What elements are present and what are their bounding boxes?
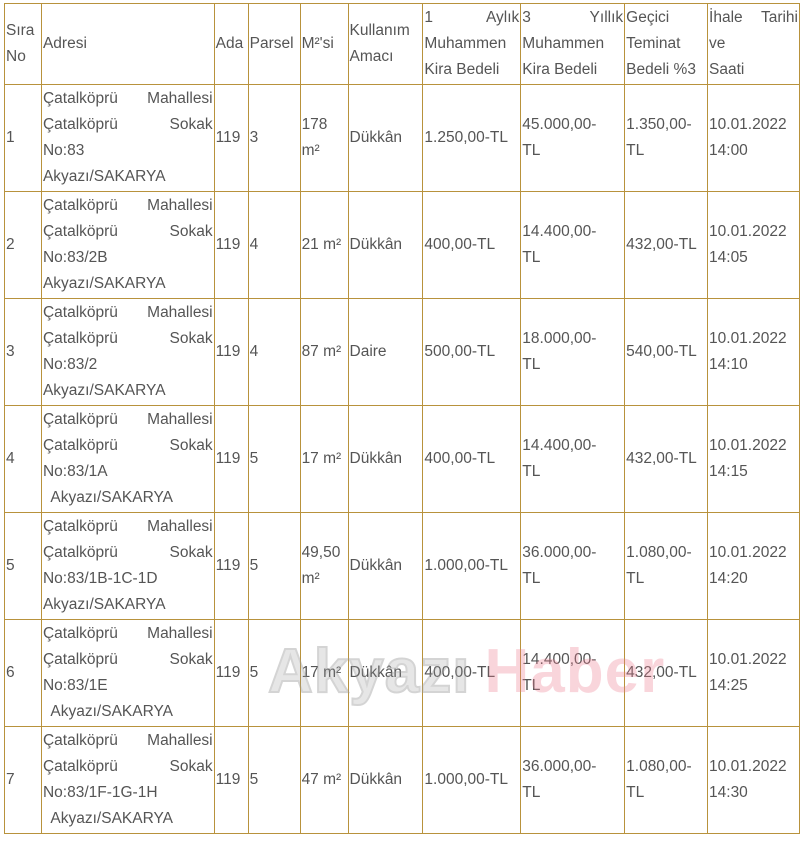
cell-sira-no: 1 <box>5 85 42 192</box>
cell-ada: 119 <box>214 513 248 620</box>
header-ihale-tarihi: İhale Tarihi ve Saati <box>708 4 800 85</box>
cell-sira-no: 2 <box>5 192 42 299</box>
header-line: 3 Yıllık <box>522 5 623 31</box>
cell-teminat: 540,00-TL <box>625 299 708 406</box>
address-line: Çatalköprü Mahallesi <box>43 300 213 326</box>
cell-aylik-kira: 1.000,00-TL <box>423 513 521 620</box>
cell-text: TL <box>626 566 706 592</box>
address-line: Akyazı/SAKARYA <box>43 271 213 297</box>
cell-ihale-tarihi: 10.01.202214:30 <box>708 727 800 834</box>
cell-text: 2 <box>6 236 15 253</box>
cell-text: 178 <box>302 112 347 138</box>
cell-sira-no: 6 <box>5 620 42 727</box>
cell-text: TL <box>522 566 623 592</box>
cell-text: 10.01.2022 <box>709 112 798 138</box>
cell-sira-no: 3 <box>5 299 42 406</box>
address-line: Çatalköprü Mahallesi <box>43 193 213 219</box>
cell-text: Dükkân <box>350 450 403 467</box>
header-text: İhale <box>709 5 743 31</box>
header-parsel: Parsel <box>248 4 300 85</box>
cell-text: 4 <box>6 450 15 467</box>
cell-address: Çatalköprü MahallesiÇatalköprü SokakNo:8… <box>41 85 214 192</box>
cell-text: TL <box>626 780 706 806</box>
tender-table: Sıra No Adresi Ada Parsel M²'si Kullanım… <box>4 3 800 834</box>
cell-parsel: 5 <box>248 513 300 620</box>
cell-text: 14.400,00- <box>522 219 623 245</box>
cell-kullanim: Dükkân <box>348 85 423 192</box>
cell-text: TL <box>522 352 623 378</box>
cell-text: 3 <box>6 343 15 360</box>
cell-text: 1 <box>6 129 15 146</box>
header-text: Adresi <box>43 35 87 52</box>
header-text: Amacı <box>350 44 422 70</box>
address-line: No:83/1E <box>43 673 213 699</box>
header-text: Muhammen <box>424 31 519 57</box>
cell-text: 45.000,00- <box>522 112 623 138</box>
cell-kullanim: Dükkân <box>348 513 423 620</box>
cell-teminat: 1.080,00-TL <box>625 727 708 834</box>
cell-text: Dükkân <box>350 664 403 681</box>
cell-m2: 21 m² <box>300 192 348 299</box>
cell-text: 5 <box>250 557 259 574</box>
cell-text: m² <box>302 138 347 164</box>
cell-text: 7 <box>6 771 15 788</box>
cell-kullanim: Dükkân <box>348 192 423 299</box>
header-text: Kira Bedeli <box>424 57 519 83</box>
address-line: No:83 <box>43 138 213 164</box>
cell-ada: 119 <box>214 727 248 834</box>
cell-m2: 49,50m² <box>300 513 348 620</box>
table-row: 7Çatalköprü MahallesiÇatalköprü SokakNo:… <box>5 727 800 834</box>
header-line: İhale Tarihi <box>709 5 798 31</box>
cell-text: 10.01.2022 <box>709 754 798 780</box>
cell-ada: 119 <box>214 85 248 192</box>
cell-text: 119 <box>216 236 241 253</box>
header-sira-no: Sıra No <box>5 4 42 85</box>
cell-address: Çatalköprü MahallesiÇatalköprü SokakNo:8… <box>41 299 214 406</box>
cell-text: 540,00-TL <box>626 339 706 365</box>
cell-address: Çatalköprü MahallesiÇatalköprü SokakNo:8… <box>41 620 214 727</box>
cell-ada: 119 <box>214 620 248 727</box>
cell-text: 1.000,00-TL <box>424 557 508 574</box>
header-aylik-kira: 1 Aylık Muhammen Kira Bedeli <box>423 4 521 85</box>
cell-address: Çatalköprü MahallesiÇatalköprü SokakNo:8… <box>41 406 214 513</box>
cell-ihale-tarihi: 10.01.202214:00 <box>708 85 800 192</box>
address-line: No:83/1A <box>43 459 213 485</box>
cell-parsel: 5 <box>248 620 300 727</box>
cell-teminat: 432,00-TL <box>625 620 708 727</box>
cell-sira-no: 4 <box>5 406 42 513</box>
cell-text: 119 <box>216 450 241 467</box>
header-text: Sıra <box>6 18 40 44</box>
address-line: Akyazı/SAKARYA <box>43 164 213 190</box>
cell-yillik-kira: 18.000,00-TL <box>521 299 625 406</box>
cell-text: 1.250,00-TL <box>424 129 508 146</box>
cell-teminat: 432,00-TL <box>625 192 708 299</box>
cell-address: Çatalköprü MahallesiÇatalköprü SokakNo:8… <box>41 192 214 299</box>
cell-text: 36.000,00- <box>522 540 623 566</box>
cell-m2: 47 m² <box>300 727 348 834</box>
cell-text: 5 <box>250 771 259 788</box>
header-m2si: M²'si <box>300 4 348 85</box>
cell-address: Çatalköprü MahallesiÇatalköprü SokakNo:8… <box>41 513 214 620</box>
cell-text: 10.01.2022 <box>709 540 798 566</box>
cell-aylik-kira: 400,00-TL <box>423 192 521 299</box>
address-line: Çatalköprü Sokak <box>43 112 213 138</box>
cell-text: TL <box>522 673 623 699</box>
cell-text: 400,00-TL <box>424 664 495 681</box>
address-line: Çatalköprü Mahallesi <box>43 728 213 754</box>
cell-text: Dükkân <box>350 236 403 253</box>
cell-parsel: 5 <box>248 727 300 834</box>
address-line: Çatalköprü Sokak <box>43 326 213 352</box>
address-line: Çatalköprü Mahallesi <box>43 407 213 433</box>
table-row: 6Çatalköprü MahallesiÇatalköprü SokakNo:… <box>5 620 800 727</box>
cell-text: 49,50 <box>302 540 347 566</box>
header-text: Kira Bedeli <box>522 57 623 83</box>
header-text: Tarihi <box>761 5 798 31</box>
address-line: Akyazı/SAKARYA <box>43 378 213 404</box>
header-text: Yıllık <box>590 5 624 31</box>
cell-text: Dükkân <box>350 557 403 574</box>
cell-text: 119 <box>216 557 241 574</box>
cell-ada: 119 <box>214 192 248 299</box>
cell-kullanim: Daire <box>348 299 423 406</box>
header-text: Saati <box>709 57 798 83</box>
cell-aylik-kira: 500,00-TL <box>423 299 521 406</box>
cell-text: 14:25 <box>709 673 798 699</box>
header-text: Aylık <box>486 5 519 31</box>
cell-text: 432,00-TL <box>626 660 706 686</box>
header-text: M²'si <box>302 35 334 52</box>
cell-text: 36.000,00- <box>522 754 623 780</box>
cell-text: 6 <box>6 664 15 681</box>
cell-text: 10.01.2022 <box>709 647 798 673</box>
cell-text: 47 m² <box>302 767 347 793</box>
cell-text: 14:15 <box>709 459 798 485</box>
cell-text: 14:20 <box>709 566 798 592</box>
address-line: Çatalköprü Sokak <box>43 219 213 245</box>
table-row: 5Çatalköprü MahallesiÇatalköprü SokakNo:… <box>5 513 800 620</box>
table-row: 1Çatalköprü MahallesiÇatalköprü SokakNo:… <box>5 85 800 192</box>
cell-text: TL <box>522 780 623 806</box>
address-line: Çatalköprü Mahallesi <box>43 86 213 112</box>
cell-m2: 17 m² <box>300 406 348 513</box>
cell-text: 5 <box>250 450 259 467</box>
address-line: Çatalköprü Mahallesi <box>43 621 213 647</box>
cell-teminat: 1.080,00-TL <box>625 513 708 620</box>
header-gecici-teminat: Geçici Teminat Bedeli %3 <box>625 4 708 85</box>
cell-kullanim: Dükkân <box>348 727 423 834</box>
cell-m2: 178m² <box>300 85 348 192</box>
cell-text: TL <box>522 138 623 164</box>
table-row: 2Çatalköprü MahallesiÇatalköprü SokakNo:… <box>5 192 800 299</box>
cell-text: 14.400,00- <box>522 433 623 459</box>
cell-text: TL <box>522 459 623 485</box>
cell-parsel: 4 <box>248 192 300 299</box>
cell-text: 432,00-TL <box>626 446 706 472</box>
header-text: Geçici <box>626 5 706 31</box>
address-line: Çatalköprü Sokak <box>43 433 213 459</box>
header-line: 1 Aylık <box>424 5 519 31</box>
cell-ihale-tarihi: 10.01.202214:20 <box>708 513 800 620</box>
cell-text: 18.000,00- <box>522 326 623 352</box>
cell-ada: 119 <box>214 299 248 406</box>
cell-sira-no: 5 <box>5 513 42 620</box>
cell-text: 17 m² <box>302 446 347 472</box>
cell-ihale-tarihi: 10.01.202214:10 <box>708 299 800 406</box>
cell-address: Çatalköprü MahallesiÇatalköprü SokakNo:8… <box>41 727 214 834</box>
cell-yillik-kira: 14.400,00-TL <box>521 192 625 299</box>
cell-text: 119 <box>216 771 241 788</box>
cell-text: Dükkân <box>350 771 403 788</box>
cell-text: 4 <box>250 236 259 253</box>
header-adresi: Adresi <box>41 4 214 85</box>
cell-yillik-kira: 36.000,00-TL <box>521 513 625 620</box>
header-text: Muhammen <box>522 31 623 57</box>
address-line: Çatalköprü Sokak <box>43 754 213 780</box>
header-text: Teminat <box>626 31 706 57</box>
cell-text: 119 <box>216 664 241 681</box>
header-text: Bedeli %3 <box>626 57 706 83</box>
cell-m2: 17 m² <box>300 620 348 727</box>
cell-m2: 87 m² <box>300 299 348 406</box>
cell-text: 14:30 <box>709 780 798 806</box>
header-text: Parsel <box>250 35 294 52</box>
address-line: Akyazı/SAKARYA <box>43 592 213 618</box>
cell-aylik-kira: 400,00-TL <box>423 406 521 513</box>
cell-yillik-kira: 36.000,00-TL <box>521 727 625 834</box>
cell-text: 21 m² <box>302 232 347 258</box>
cell-yillik-kira: 14.400,00-TL <box>521 620 625 727</box>
cell-ada: 119 <box>214 406 248 513</box>
cell-ihale-tarihi: 10.01.202214:25 <box>708 620 800 727</box>
cell-kullanim: Dükkân <box>348 620 423 727</box>
cell-parsel: 5 <box>248 406 300 513</box>
cell-text: 5 <box>6 557 15 574</box>
cell-aylik-kira: 1.000,00-TL <box>423 727 521 834</box>
cell-parsel: 4 <box>248 299 300 406</box>
cell-text: TL <box>522 245 623 271</box>
header-kullanim-amaci: Kullanım Amacı <box>348 4 423 85</box>
table-row: 4Çatalköprü MahallesiÇatalköprü SokakNo:… <box>5 406 800 513</box>
header-row: Sıra No Adresi Ada Parsel M²'si Kullanım… <box>5 4 800 85</box>
cell-text: 5 <box>250 664 259 681</box>
address-line: Akyazı/SAKARYA <box>43 806 213 832</box>
header-text: Ada <box>216 35 244 52</box>
address-line: No:83/1B-1C-1D <box>43 566 213 592</box>
address-line: No:83/2B <box>43 245 213 271</box>
header-yillik-kira: 3 Yıllık Muhammen Kira Bedeli <box>521 4 625 85</box>
cell-ihale-tarihi: 10.01.202214:15 <box>708 406 800 513</box>
cell-text: 14.400,00- <box>522 647 623 673</box>
cell-text: 3 <box>250 129 259 146</box>
cell-text: 500,00-TL <box>424 343 495 360</box>
cell-text: 14:05 <box>709 245 798 271</box>
address-line: Akyazı/SAKARYA <box>43 485 213 511</box>
header-text: 1 <box>424 5 433 31</box>
table-row: 3Çatalköprü MahallesiÇatalköprü SokakNo:… <box>5 299 800 406</box>
cell-yillik-kira: 45.000,00-TL <box>521 85 625 192</box>
cell-text: TL <box>626 138 706 164</box>
cell-text: m² <box>302 566 347 592</box>
cell-text: 10.01.2022 <box>709 433 798 459</box>
cell-aylik-kira: 400,00-TL <box>423 620 521 727</box>
cell-text: 400,00-TL <box>424 236 495 253</box>
cell-kullanim: Dükkân <box>348 406 423 513</box>
address-line: Çatalköprü Sokak <box>43 540 213 566</box>
cell-text: Daire <box>350 343 387 360</box>
cell-text: 14:00 <box>709 138 798 164</box>
cell-text: 14:10 <box>709 352 798 378</box>
header-ada: Ada <box>214 4 248 85</box>
cell-teminat: 1.350,00-TL <box>625 85 708 192</box>
address-line: No:83/1F-1G-1H <box>43 780 213 806</box>
cell-text: 1.080,00- <box>626 754 706 780</box>
cell-teminat: 432,00-TL <box>625 406 708 513</box>
cell-text: 119 <box>216 129 241 146</box>
cell-text: Dükkân <box>350 129 403 146</box>
cell-text: 432,00-TL <box>626 232 706 258</box>
header-text: 3 <box>522 5 531 31</box>
cell-parsel: 3 <box>248 85 300 192</box>
cell-aylik-kira: 1.250,00-TL <box>423 85 521 192</box>
address-line: Çatalköprü Mahallesi <box>43 514 213 540</box>
cell-text: 87 m² <box>302 339 347 365</box>
header-text: ve <box>709 31 798 57</box>
cell-text: 400,00-TL <box>424 450 495 467</box>
cell-ihale-tarihi: 10.01.202214:05 <box>708 192 800 299</box>
address-line: Akyazı/SAKARYA <box>43 699 213 725</box>
cell-text: 119 <box>216 343 241 360</box>
cell-sira-no: 7 <box>5 727 42 834</box>
cell-text: 4 <box>250 343 259 360</box>
cell-text: 10.01.2022 <box>709 219 798 245</box>
cell-yillik-kira: 14.400,00-TL <box>521 406 625 513</box>
cell-text: 1.000,00-TL <box>424 771 508 788</box>
cell-text: 1.080,00- <box>626 540 706 566</box>
header-text: Kullanım <box>350 18 422 44</box>
address-line: No:83/2 <box>43 352 213 378</box>
cell-text: 10.01.2022 <box>709 326 798 352</box>
cell-text: 17 m² <box>302 660 347 686</box>
address-line: Çatalköprü Sokak <box>43 647 213 673</box>
cell-text: 1.350,00- <box>626 112 706 138</box>
header-text: No <box>6 44 40 70</box>
